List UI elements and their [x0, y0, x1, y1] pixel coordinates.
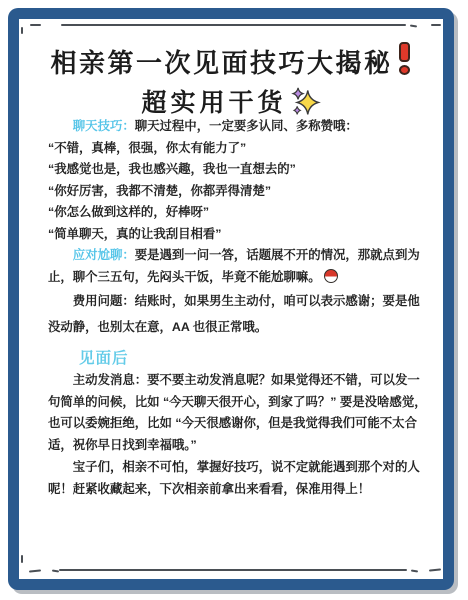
chat-tips-intro: 聊天过程中，一定要多认同、多称赞哦： [135, 119, 358, 133]
page-title: 相亲第一次见面技巧大揭秘 [19, 42, 443, 80]
compliment-quote: “我感觉也是，我也感兴趣，我也一直想去的” [48, 159, 430, 181]
page-title-text: 相亲第一次见面技巧大揭秘 [50, 48, 392, 78]
chat-tips-label: 聊天技巧： [73, 119, 135, 133]
cost-paragraph: 费用问题：结账时，如果男生主动付，咱可以表示感谢；要是他没动静，也别太在意，AA… [48, 288, 430, 340]
awkward-chat-label: 应对尬聊： [73, 248, 135, 262]
rice-bowl-icon [324, 269, 338, 283]
compliment-quote: “你好厉害，我都不清楚，你都弄得清楚” [48, 181, 430, 203]
awkward-chat-paragraph: 应对尬聊：要是遇到一问一答，话题展不开的情况，那就点到为止，聊个三五句，先闷头干… [48, 245, 430, 288]
body-text: 聊天技巧：聊天过程中，一定要多认同、多称赞哦： “不错，真棒，很强，你太有能力了… [48, 116, 430, 500]
poster-page: { "colors": { "frame_navy": "#2b5a8e", "… [0, 0, 468, 600]
poster-card-frame: 相亲第一次见面技巧大揭秘 超实用干货 聊天技巧：聊天过程中，一定要多认同、多称赞… [8, 8, 454, 590]
compliment-quote: “不错，真棒，很强，你太有能力了” [48, 138, 430, 160]
exclamation-icon [398, 42, 412, 75]
closing-paragraph: 宝子们，相亲不可怕，掌握好技巧，说不定就能遇到那个对的人呢！赶紧收藏起来，下次相… [48, 456, 430, 500]
message-paragraph: 主动发消息：要不要主动发消息呢？如果觉得还不错，可以发一句简单的问候，比如 “今… [48, 370, 430, 456]
compliment-quote: “简单聊天，真的让我刮目相看” [48, 224, 430, 246]
chat-tips-paragraph: 聊天技巧：聊天过程中，一定要多认同、多称赞哦： [48, 116, 430, 138]
poster-card-inner: 相亲第一次见面技巧大揭秘 超实用干货 聊天技巧：聊天过程中，一定要多认同、多称赞… [19, 19, 443, 579]
compliment-quote: “你怎么做到这样的，好棒呀” [48, 202, 430, 224]
page-subtitle-text: 超实用干货 [141, 89, 286, 117]
after-meeting-heading: 见面后 [79, 348, 430, 370]
